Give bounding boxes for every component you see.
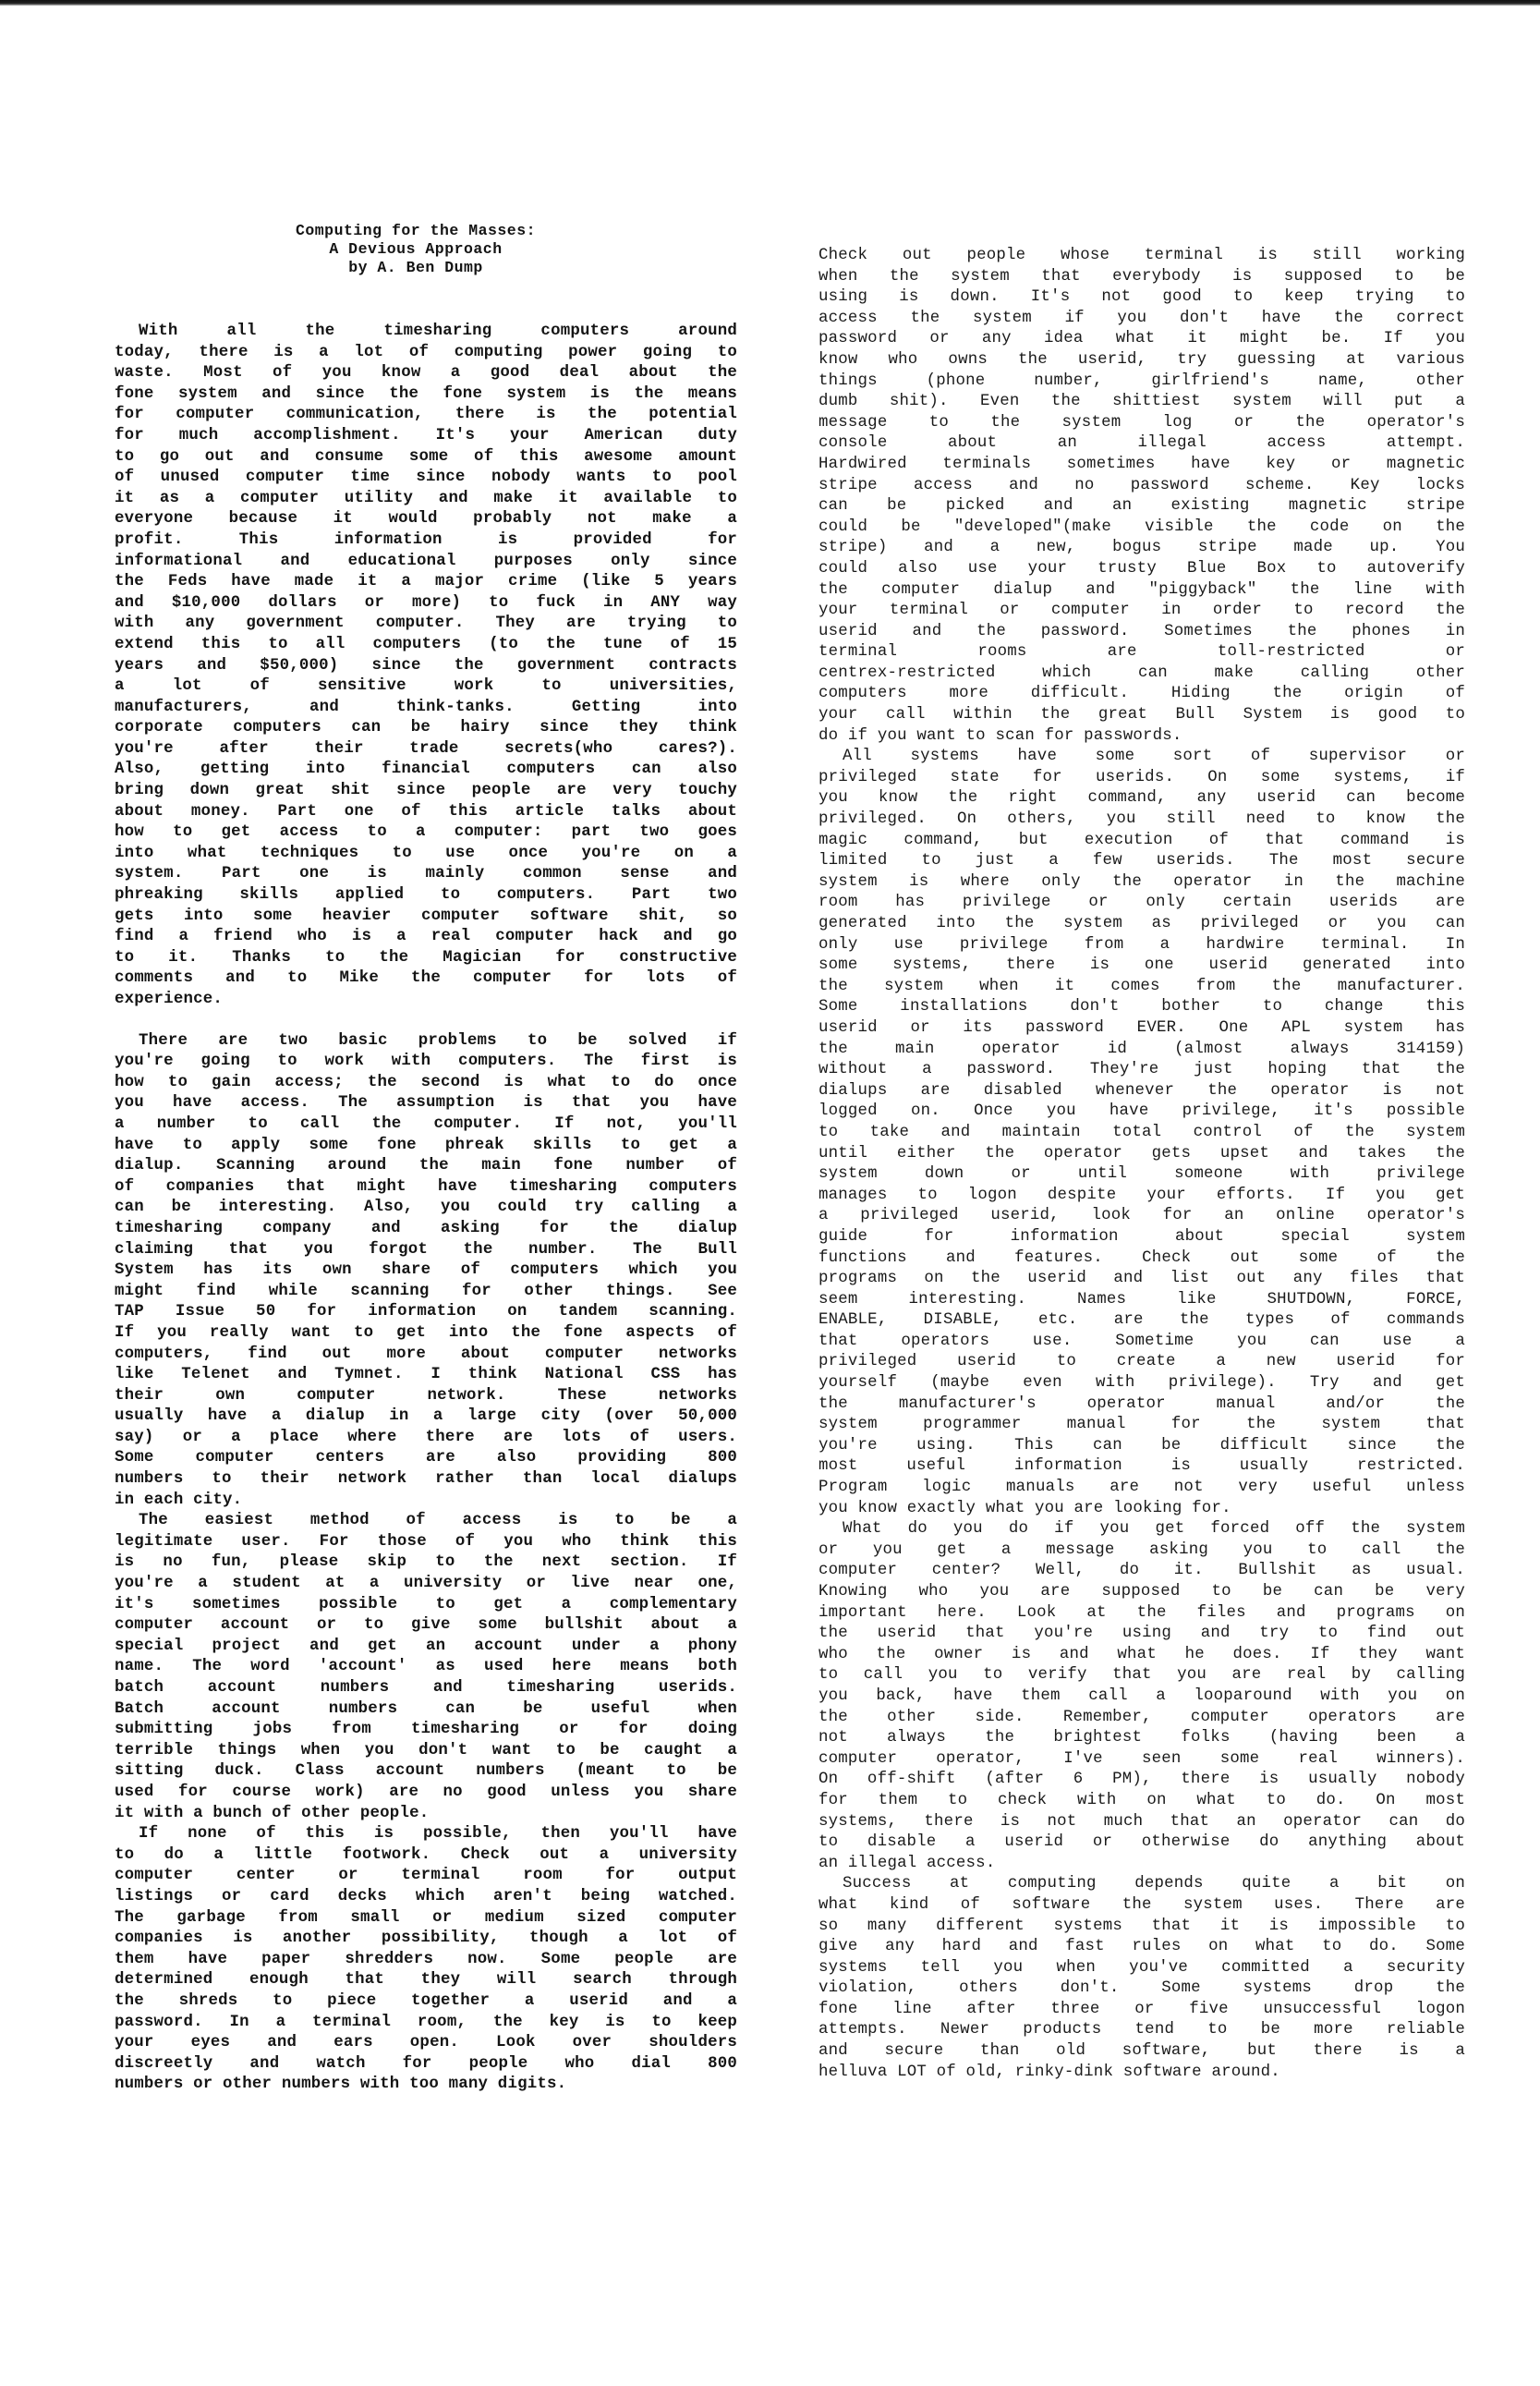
text-line: only use privilege from a hardwire termi… bbox=[819, 935, 1465, 956]
text-line: seem interesting. Names like SHUTDOWN, F… bbox=[819, 1290, 1465, 1311]
text-line: helluva LOT of old, rinky-dink software … bbox=[819, 2063, 1465, 2084]
text-line: how to get access to a computer: part tw… bbox=[115, 822, 737, 844]
text-line: when the system that everybody is suppos… bbox=[819, 267, 1465, 288]
text-line: submitting jobs from timesharing or for … bbox=[115, 1720, 737, 1741]
text-line: special project and get an account under… bbox=[115, 1637, 737, 1658]
text-line: If none of this is possible, then you'll… bbox=[115, 1824, 737, 1845]
text-line: that operators use. Sometime you can use… bbox=[819, 1332, 1465, 1353]
text-line: terrible things when you don't want to b… bbox=[115, 1741, 737, 1762]
text-line: userid and the password. Sometimes the p… bbox=[819, 622, 1465, 643]
text-line: guide for information about special syst… bbox=[819, 1227, 1465, 1248]
text-line: for computer communication, there is the… bbox=[115, 405, 737, 426]
text-line: If you really want to get into the fone … bbox=[115, 1323, 737, 1345]
text-line: find a friend who is a real computer hac… bbox=[115, 927, 737, 948]
paragraph: Success at computing depends quite a bit… bbox=[819, 1874, 1465, 2083]
text-line: years and $50,000) since the government … bbox=[115, 656, 737, 677]
text-line: gets into some heavier computer software… bbox=[115, 907, 737, 928]
text-line: used for course work) are no good unless… bbox=[115, 1783, 737, 1804]
text-line: do if you want to scan for passwords. bbox=[819, 726, 1465, 748]
text-line: most useful information is usually restr… bbox=[819, 1456, 1465, 1478]
text-line: listings or card decks which aren't bein… bbox=[115, 1887, 737, 1908]
text-line: or you get a message asking you to call … bbox=[819, 1540, 1465, 1562]
text-line: about money. Part one of this article ta… bbox=[115, 802, 737, 823]
paragraph: If none of this is possible, then you'll… bbox=[115, 1824, 737, 2096]
paragraph: There are two basic problems to be solve… bbox=[115, 1031, 737, 1512]
text-line: Some installations don't bother to chang… bbox=[819, 997, 1465, 1018]
text-line: can be picked and an existing magnetic s… bbox=[819, 496, 1465, 517]
text-line: you're a student at a university or live… bbox=[115, 1574, 737, 1595]
text-line: for much accomplishment. It's your Ameri… bbox=[115, 426, 737, 447]
text-line: numbers or other numbers with too many d… bbox=[115, 2075, 737, 2096]
text-line: determined enough that they will search … bbox=[115, 1970, 737, 1991]
text-line: to it. Thanks to the Magician for constr… bbox=[115, 948, 737, 969]
text-line: the system when it comes from the manufa… bbox=[819, 977, 1465, 998]
text-line: and $10,000 dollars or more) to fuck in … bbox=[115, 593, 737, 615]
text-line: numbers to their network rather than loc… bbox=[115, 1469, 737, 1491]
text-line: an illegal access. bbox=[819, 1854, 1465, 1875]
text-line: centrex-restricted which can make callin… bbox=[819, 663, 1465, 685]
text-line: it as a computer utility and make it ava… bbox=[115, 489, 737, 510]
text-line: without a password. They're just hoping … bbox=[819, 1060, 1465, 1081]
text-line: TAP Issue 50 for information on tandem s… bbox=[115, 1302, 737, 1323]
text-line: your eyes and ears open. Look over shoul… bbox=[115, 2033, 737, 2054]
text-line: room has privilege or only certain useri… bbox=[819, 893, 1465, 914]
text-line: userid or its password EVER. One APL sys… bbox=[819, 1018, 1465, 1040]
text-line: violation, others don't. Some systems dr… bbox=[819, 1978, 1465, 2000]
text-line: a lot of sensitive work to universities, bbox=[115, 676, 737, 698]
text-line: Program logic manuals are not very usefu… bbox=[819, 1478, 1465, 1499]
text-line: to disable a userid or otherwise do anyt… bbox=[819, 1832, 1465, 1854]
text-line: system down or until someone with privil… bbox=[819, 1164, 1465, 1186]
right-column: Check out people whose terminal is still… bbox=[819, 246, 1465, 2083]
text-line: until either the operator gets upset and… bbox=[819, 1144, 1465, 1165]
text-line: systems, there is not much that an opera… bbox=[819, 1812, 1465, 1833]
text-line: The easiest method of access is to be a bbox=[115, 1511, 737, 1532]
text-line: stripe) and a new, bogus stripe made up.… bbox=[819, 538, 1465, 559]
text-line: Check out people whose terminal is still… bbox=[819, 246, 1465, 267]
text-line: the userid that you're using and try to … bbox=[819, 1624, 1465, 1645]
text-line: limited to just a few userids. The most … bbox=[819, 851, 1465, 872]
text-line: password or any idea what it might be. I… bbox=[819, 329, 1465, 350]
text-line: manufacturers, and think-tanks. Getting … bbox=[115, 698, 737, 719]
article-byline: by A. Ben Dump bbox=[231, 259, 600, 277]
text-line: fone system and since the fone system is… bbox=[115, 384, 737, 406]
text-line: it with a bunch of other people. bbox=[115, 1804, 737, 1825]
text-line: dialups are disabled whenever the operat… bbox=[819, 1081, 1465, 1102]
text-line: dumb shit). Even the shittiest system wi… bbox=[819, 392, 1465, 413]
text-line: generated into the system as privileged … bbox=[819, 914, 1465, 935]
paragraph: What do you do if you get forced off the… bbox=[819, 1519, 1465, 1874]
text-line: with any government computer. They are t… bbox=[115, 614, 737, 635]
text-line: console about an illegal access attempt. bbox=[819, 433, 1465, 455]
text-line: timesharing company and asking for the d… bbox=[115, 1219, 737, 1240]
text-line: a privileged userid, look for an online … bbox=[819, 1206, 1465, 1227]
text-line: today, there is a lot of computing power… bbox=[115, 343, 737, 364]
text-line: things (phone number, girlfriend's name,… bbox=[819, 371, 1465, 393]
text-line: have to apply some fone phreak skills to… bbox=[115, 1136, 737, 1157]
text-line: computers more difficult. Hiding the ori… bbox=[819, 684, 1465, 705]
text-line: for them to check with on what to do. On… bbox=[819, 1791, 1465, 1812]
text-line: to call you to verify that you are real … bbox=[819, 1665, 1465, 1686]
text-line: some systems, there is one userid genera… bbox=[819, 956, 1465, 977]
paragraph: The easiest method of access is to be al… bbox=[115, 1511, 737, 1824]
text-line: magic command, but execution of that com… bbox=[819, 831, 1465, 852]
article-header: Computing for the Masses: A Devious Appr… bbox=[231, 222, 600, 277]
text-line: usually have a dialup in a large city (o… bbox=[115, 1406, 737, 1428]
text-line: what kind of software the system uses. T… bbox=[819, 1895, 1465, 1917]
text-line: how to gain access; the second is what t… bbox=[115, 1073, 737, 1094]
text-line: On off-shift (after 6 PM), there is usua… bbox=[819, 1770, 1465, 1791]
text-line: extend this to all computers (to the tun… bbox=[115, 635, 737, 656]
text-line: With all the timesharing computers aroun… bbox=[115, 322, 737, 343]
text-line: system is where only the operator in the… bbox=[819, 872, 1465, 894]
text-line: dialup. Scanning around the main fone nu… bbox=[115, 1156, 737, 1177]
text-line: the manufacturer's operator manual and/o… bbox=[819, 1394, 1465, 1416]
text-line: the shreds to piece together a userid an… bbox=[115, 1991, 737, 2013]
text-line: them have paper shredders now. Some peop… bbox=[115, 1950, 737, 1971]
text-line: There are two basic problems to be solve… bbox=[115, 1031, 737, 1053]
text-line: can be interesting. Also, you could try … bbox=[115, 1198, 737, 1219]
text-line: ENABLE, DISABLE, etc. are the types of c… bbox=[819, 1310, 1465, 1332]
text-line: not always the brightest folks (having b… bbox=[819, 1728, 1465, 1749]
text-line: All systems have some sort of supervisor… bbox=[819, 747, 1465, 768]
text-line: you know exactly what you are looking fo… bbox=[819, 1499, 1465, 1520]
text-line: bring down great shit since people are v… bbox=[115, 781, 737, 802]
text-line: What do you do if you get forced off the… bbox=[819, 1519, 1465, 1540]
text-line: phreaking skills applied to computers. P… bbox=[115, 885, 737, 907]
document-page: Computing for the Masses: A Devious Appr… bbox=[0, 0, 1540, 2386]
text-line: you back, have them call a looparound wi… bbox=[819, 1686, 1465, 1708]
text-line: is no fun, please skip to the next secti… bbox=[115, 1552, 737, 1574]
text-line: privileged userid to create a new userid… bbox=[819, 1352, 1465, 1373]
text-line: fone line after three or five unsuccessf… bbox=[819, 2000, 1465, 2021]
text-line: functions and features. Check out some o… bbox=[819, 1248, 1465, 1270]
text-line: could also use your trusty Blue Box to a… bbox=[819, 559, 1465, 580]
text-line: computer center? Well, do it. Bullshit a… bbox=[819, 1561, 1465, 1582]
text-line: the Feds have made it a major crime (lik… bbox=[115, 572, 737, 593]
text-line: system. Part one is mainly common sense … bbox=[115, 864, 737, 885]
paragraph: With all the timesharing computers aroun… bbox=[115, 322, 737, 1011]
text-line: to go out and consume some of this aweso… bbox=[115, 447, 737, 469]
text-line: like Telenet and Tymnet. I think Nationa… bbox=[115, 1365, 737, 1386]
text-line: computer operator, I've seen some real w… bbox=[819, 1749, 1465, 1771]
text-line: corporate computers can be hairy since t… bbox=[115, 718, 737, 739]
text-line: into what techniques to use once you're … bbox=[115, 844, 737, 865]
text-line: in each city. bbox=[115, 1491, 737, 1512]
text-line: access the system if you don't have the … bbox=[819, 309, 1465, 330]
left-column: With all the timesharing computers aroun… bbox=[115, 322, 737, 2096]
text-line: comments and to Mike the computer for lo… bbox=[115, 968, 737, 990]
text-line: System has its own share of computers wh… bbox=[115, 1260, 737, 1282]
article-subtitle: A Devious Approach bbox=[231, 240, 600, 259]
text-line: stripe access and no password scheme. Ke… bbox=[819, 476, 1465, 497]
text-line: privileged. On others, you still need to… bbox=[819, 810, 1465, 831]
text-line: so many different systems that it is imp… bbox=[819, 1917, 1465, 1938]
text-line: sitting duck. Class account numbers (mea… bbox=[115, 1761, 737, 1783]
text-line: terminal rooms are toll-restricted or bbox=[819, 642, 1465, 663]
text-line: yourself (maybe even with privilege). Tr… bbox=[819, 1373, 1465, 1394]
text-line: say) or a place where there are lots of … bbox=[115, 1428, 737, 1449]
text-line: know who owns the userid, try guessing a… bbox=[819, 350, 1465, 371]
text-line: the main operator id (almost always 3141… bbox=[819, 1040, 1465, 1061]
text-line: a number to call the computer. If not, y… bbox=[115, 1114, 737, 1136]
text-line: batch account numbers and timesharing us… bbox=[115, 1678, 737, 1699]
text-line: you're going to work with computers. The… bbox=[115, 1052, 737, 1073]
text-line: your terminal or computer in order to re… bbox=[819, 601, 1465, 622]
text-line: to take and maintain total control of th… bbox=[819, 1123, 1465, 1144]
text-line: the other side. Remember, computer opera… bbox=[819, 1708, 1465, 1729]
text-line: it's sometimes possible to get a complem… bbox=[115, 1595, 737, 1616]
text-line: Also, getting into financial computers c… bbox=[115, 760, 737, 781]
text-line: experience. bbox=[115, 990, 737, 1011]
text-line: of unused computer time since nobody wan… bbox=[115, 468, 737, 489]
text-line: might find while scanning for other thin… bbox=[115, 1282, 737, 1303]
text-line: you have access. The assumption is that … bbox=[115, 1093, 737, 1114]
text-line: message to the system log or the operato… bbox=[819, 413, 1465, 434]
text-line: Success at computing depends quite a bit… bbox=[819, 1874, 1465, 1895]
text-line: legitimate user. For those of you who th… bbox=[115, 1532, 737, 1553]
text-line: logged on. Once you have privilege, it's… bbox=[819, 1102, 1465, 1123]
text-line: using is down. It's not good to keep try… bbox=[819, 287, 1465, 309]
text-line: give any hard and fast rules on what to … bbox=[819, 1937, 1465, 1958]
text-line: profit. This information is provided for bbox=[115, 530, 737, 552]
text-line: who the owner is and what he does. If th… bbox=[819, 1645, 1465, 1666]
text-line: companies is another possibility, though… bbox=[115, 1929, 737, 1950]
text-line: Knowing who you are supposed to be can b… bbox=[819, 1582, 1465, 1603]
text-line: password. In a terminal room, the key is… bbox=[115, 2013, 737, 2034]
text-line: informational and educational purposes o… bbox=[115, 552, 737, 573]
text-line: manages to logon despite your efforts. I… bbox=[819, 1186, 1465, 1207]
paragraph: Check out people whose terminal is still… bbox=[819, 246, 1465, 747]
text-line: everyone because it would probably not m… bbox=[115, 509, 737, 530]
text-line: computers, find out more about computer … bbox=[115, 1345, 737, 1366]
text-line: and secure than old software, but there … bbox=[819, 2041, 1465, 2063]
text-line: their own computer network. These networ… bbox=[115, 1386, 737, 1407]
text-line: waste. Most of you know a good deal abou… bbox=[115, 363, 737, 384]
text-line: attempts. Newer products tend to be more… bbox=[819, 2020, 1465, 2041]
text-line: systems tell you when you've committed a… bbox=[819, 1958, 1465, 1979]
text-line: important here. Look at the files and pr… bbox=[819, 1603, 1465, 1625]
text-line: to do a little footwork. Check out a uni… bbox=[115, 1845, 737, 1867]
text-line: claiming that you forgot the number. The… bbox=[115, 1240, 737, 1261]
text-line: computer account or to give some bullshi… bbox=[115, 1615, 737, 1637]
text-line: of companies that might have timesharing… bbox=[115, 1177, 737, 1199]
text-line: discreetly and watch for people who dial… bbox=[115, 2054, 737, 2076]
text-line: Batch account numbers can be useful when bbox=[115, 1699, 737, 1721]
text-line: privileged state for userids. On some sy… bbox=[819, 768, 1465, 789]
text-line: you know the right command, any userid c… bbox=[819, 788, 1465, 810]
text-line: The garbage from small or medium sized c… bbox=[115, 1908, 737, 1929]
text-line: programs on the userid and list out any … bbox=[819, 1269, 1465, 1290]
text-line: you're after their trade secrets(who car… bbox=[115, 739, 737, 761]
text-line: your call within the great Bull System i… bbox=[819, 705, 1465, 726]
text-line: the computer dialup and "piggyback" the … bbox=[819, 580, 1465, 602]
text-line: could be "developed"(make visible the co… bbox=[819, 517, 1465, 539]
text-line: name. The word 'account' as used here me… bbox=[115, 1657, 737, 1678]
article-title: Computing for the Masses: bbox=[231, 222, 600, 240]
text-line: Hardwired terminals sometimes have key o… bbox=[819, 455, 1465, 476]
text-line: you're using. This can be difficult sinc… bbox=[819, 1436, 1465, 1457]
paragraph: All systems have some sort of supervisor… bbox=[819, 747, 1465, 1519]
text-line: Some computer centers are also providing… bbox=[115, 1448, 737, 1469]
text-line: system programmer manual for the system … bbox=[819, 1415, 1465, 1436]
text-line: computer center or terminal room for out… bbox=[115, 1866, 737, 1887]
